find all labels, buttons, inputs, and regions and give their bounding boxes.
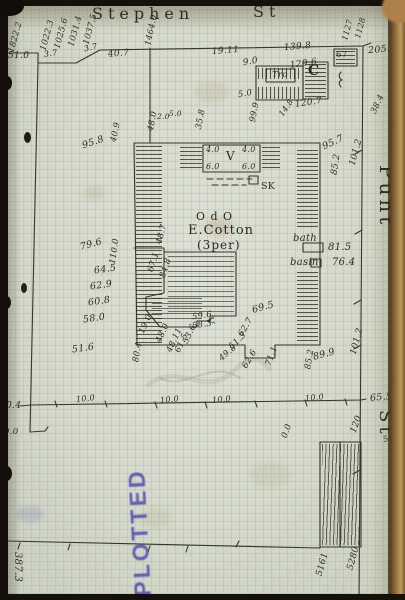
chimney-marks: O d O xyxy=(196,211,233,222)
measurement-label: 10.0 xyxy=(76,394,96,404)
measurement-label: 10.0 xyxy=(212,395,232,405)
photo-border-bottom xyxy=(0,594,405,600)
measurement-label: 67 xyxy=(336,51,347,60)
rear-shed-outline xyxy=(320,442,361,547)
bath-label: bath xyxy=(293,234,317,244)
measurement-label: 4.0 xyxy=(206,146,220,154)
verandah-label: V xyxy=(226,150,235,162)
owner-name: E.Cotton xyxy=(188,224,254,237)
measurement-label: 4.0 xyxy=(242,146,256,154)
measurement-label: 40.7 xyxy=(108,49,130,60)
measurement-label: 81.5 xyxy=(328,243,351,253)
scanned-fieldbook-page: Stephen St Punt St O d O E.Cotton (3per)… xyxy=(0,0,405,600)
left-boundary-line xyxy=(30,63,48,432)
measurement-label: 10.0 xyxy=(305,393,325,403)
measurement-label: 6.0 xyxy=(242,163,256,171)
torn-edge xyxy=(2,296,11,309)
corner-squiggle xyxy=(339,72,342,87)
folio-number: 387.3 xyxy=(12,552,22,582)
measurement-label: 5.0 xyxy=(169,110,182,118)
owner-units: (3per) xyxy=(197,239,241,251)
street-type-top: St xyxy=(253,4,280,20)
trough-label: Tro xyxy=(272,71,288,80)
book-edge xyxy=(390,0,405,600)
torn-edge xyxy=(1,466,12,481)
measurement-label: 2.0 xyxy=(157,113,170,121)
basin-label: basin xyxy=(290,258,319,268)
street-name-top: Stephen xyxy=(92,6,194,22)
torn-edge xyxy=(2,76,12,90)
sink-box xyxy=(249,176,258,184)
bottom-line-ticks xyxy=(2,541,239,552)
bottom-line xyxy=(6,541,320,548)
measurement-label: 76.4 xyxy=(332,258,355,268)
measurement-label: 10.0 xyxy=(160,395,180,405)
wing-step-line xyxy=(134,248,164,252)
measurement-label: 6.0 xyxy=(206,163,220,171)
sink-label: SK xyxy=(261,182,275,192)
plan-linework xyxy=(0,0,405,600)
photo-border-top xyxy=(0,0,405,6)
measurement-label: 5.0 xyxy=(237,89,253,100)
